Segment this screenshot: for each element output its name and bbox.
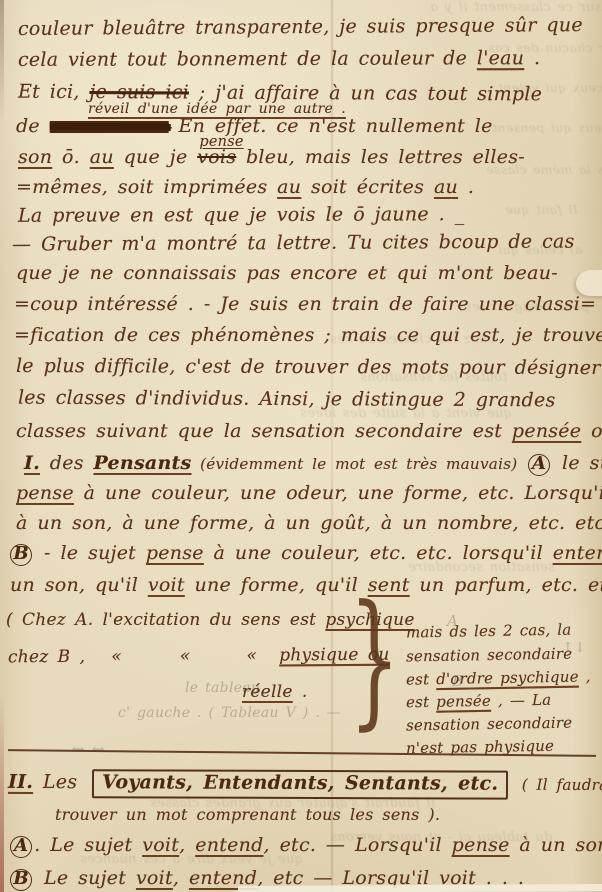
margin-note-line: sensation secondaire	[406, 645, 573, 666]
manuscript-line: chez B ,«««physique ou	[8, 645, 390, 668]
scan-edge-bottom	[238, 884, 602, 892]
text-segment: au	[434, 176, 458, 198]
text-segment: ( Il faudrait	[513, 776, 602, 794]
manuscript-line: couleur bleuâtre transparente, je suis p…	[18, 14, 583, 41]
text-segment: pensée	[512, 420, 581, 442]
text-segment: (évidemment le mot est très mauvais)	[192, 455, 527, 473]
circled-letter: B	[10, 544, 32, 566]
manuscript-line: le plus difficile, c'est de trouver des …	[16, 355, 601, 380]
text-segment: voit	[148, 574, 185, 596]
text-segment: est	[406, 693, 436, 712]
text-segment: que je ne connaissais pas encore et qui …	[16, 262, 558, 284]
text-segment: — Gruber m'a montré ta lettre. Tu cites …	[12, 231, 575, 256]
text-segment: couleur bleuâtre transparente, je suis p…	[18, 14, 583, 40]
text-segment: l'eau	[477, 47, 524, 69]
manuscript-line: les classes d'individus. Ainsi, je disti…	[18, 387, 556, 413]
text-segment: entend	[195, 834, 263, 856]
text-segment: à une couleur, etc. etc. lorsqu'il	[204, 542, 553, 564]
manuscript-line: =mêmes, soit imprimées au soit écrites a…	[16, 176, 474, 199]
text-segment: est	[406, 670, 436, 689]
manuscript-line: à un son, à une forme, à un goût, à un n…	[16, 512, 602, 535]
text-segment: classes suivant que la sensation seconda…	[16, 420, 512, 442]
text-segment: «	[246, 646, 257, 666]
text-segment: à un son, etc.	[510, 834, 602, 856]
circled-letter: B	[10, 869, 32, 891]
text-segment: à un son, à une forme, à un goût, à un n…	[16, 512, 602, 534]
curly-brace: }	[349, 586, 400, 732]
text-segment: à une couleur, une odeur, une forme, etc…	[74, 482, 602, 504]
text-segment: I.	[24, 452, 40, 474]
bleedthrough-text: sur ce classement il y a	[430, 0, 601, 15]
text-segment: son	[18, 146, 52, 168]
manuscript-line: cela vient tout bonnement de la couleur …	[18, 47, 540, 72]
circled-letter: A	[528, 454, 550, 476]
text-segment: au	[277, 176, 301, 198]
text-segment: chez B ,	[8, 647, 85, 668]
scan-edge-left	[0, 0, 4, 892]
manuscript-line: réelle .	[242, 682, 308, 702]
manuscript-line: de ——————— En effet. ce n'est nullement …	[16, 115, 493, 138]
text-segment: .	[293, 682, 308, 702]
text-segment: sensation secondaire	[406, 714, 573, 735]
manuscript-line: trouver un mot comprenant tous les sens …	[55, 805, 440, 824]
correction-stack: pensevois	[197, 146, 236, 169]
text-segment: Le sujet	[34, 867, 136, 889]
bleedthrough-text: 2° ceux qui pensent	[492, 120, 602, 135]
text-segment: trouver un mot comprenant tous les sens …	[55, 805, 440, 824]
text-segment: .	[524, 47, 540, 69]
text-segment: =fication de ces phénomènes ; mais ce qu…	[14, 324, 602, 346]
text-segment: les classes d'individus. Ainsi, je disti…	[18, 387, 556, 412]
text-segment: La preuve en est que je vois le ō jaune …	[18, 203, 465, 227]
text-segment: un parfum, etc. etc.	[410, 574, 602, 596]
text-segment: voit	[136, 867, 173, 889]
margin-note-line: est d'ordre psychique ,	[406, 667, 591, 688]
text-segment: =coup intéressé . - Je suis en train de …	[14, 293, 596, 315]
manuscript-line: son ō. au que je pensevois bleu, mais le…	[18, 146, 525, 169]
manuscript-page: sur ce classement il y apour chacun des …	[0, 0, 602, 892]
manuscript-line: II. Les Voyants, Entendants, Sentants, e…	[8, 771, 602, 796]
boxed-class-title: Voyants, Entendants, Sentants, etc.	[92, 769, 508, 799]
text-segment: voit	[142, 834, 179, 856]
text-segment: Et ici,	[18, 81, 90, 103]
text-segment: , etc. — Lorsqu'il	[263, 834, 451, 856]
text-segment: Pensants	[94, 452, 192, 474]
text-segment: un son, qu'il	[10, 574, 148, 596]
manuscript-line: A. Le sujet voit, entend, etc. — Lorsqu'…	[8, 834, 602, 858]
text-segment: =mêmes, soit imprimées	[16, 176, 277, 198]
text-segment: entend	[553, 542, 602, 564]
text-segment: pense	[452, 834, 510, 856]
text-segment: cela vient tout bonnement de la couleur …	[18, 47, 477, 71]
text-segment: ,	[173, 867, 189, 889]
text-segment: ,	[179, 834, 195, 856]
text-segment: une forme, qu'il	[185, 574, 368, 596]
manuscript-line: =fication de ces phénomènes ; mais ce qu…	[14, 324, 602, 347]
scribbled-out-word: ———————	[50, 115, 169, 137]
text-segment: soit écrites	[301, 176, 434, 198]
margin-note-line: mais ds les 2 cas, la	[406, 621, 572, 642]
margin-note-line: est pensée , — La	[406, 691, 552, 712]
bleedthrough-text: Il faut que	[505, 202, 578, 217]
text-segment: de	[16, 115, 50, 137]
text-segment: sensation secondaire	[406, 645, 573, 666]
text-segment: le sujet	[552, 452, 602, 474]
text-segment: pense	[146, 542, 204, 564]
text-segment: ō.	[52, 146, 90, 168]
text-segment: ,	[579, 667, 591, 685]
text-segment: - le sujet	[34, 542, 146, 564]
manuscript-line: classes suivant que la sensation seconda…	[16, 420, 602, 443]
circled-letter: A	[10, 836, 32, 858]
text-segment: le plus difficile, c'est de trouver des …	[16, 355, 601, 379]
manuscript-line: =coup intéressé . - Je suis en train de …	[14, 293, 596, 316]
paper-tear	[576, 270, 602, 296]
manuscript-line: un son, qu'il voit une forme, qu'il sent…	[10, 574, 602, 597]
manuscript-line: La preuve en est que je vois le ō jaune …	[18, 203, 465, 227]
text-segment: des	[40, 452, 94, 474]
text-segment: pense	[16, 482, 74, 504]
text-segment: «	[180, 646, 191, 666]
text-segment: au	[90, 146, 114, 168]
text-segment: mais ds les 2 cas, la	[406, 621, 572, 642]
text-segment: pensée	[436, 692, 491, 711]
margin-note-line: sensation secondaire	[406, 714, 573, 735]
manuscript-line: pense à une couleur, une odeur, une form…	[16, 482, 602, 505]
text-segment: .	[458, 176, 474, 198]
text-segment: . Le sujet	[34, 834, 142, 856]
inserted-word: pense	[199, 134, 243, 151]
text-segment: Les	[33, 771, 87, 793]
text-segment: bleu, mais les lettres elles-	[236, 146, 525, 168]
text-segment: , — La	[491, 691, 552, 710]
manuscript-line: B - le sujet pense à une couleur, etc. e…	[8, 542, 602, 566]
text-segment: ou	[581, 420, 602, 442]
manuscript-line: que je ne connaissais pas encore et qui …	[16, 262, 558, 285]
manuscript-line: — Gruber m'a montré ta lettre. Tu cites …	[12, 231, 575, 257]
text-segment: «	[111, 647, 122, 667]
text-segment: réelle	[242, 682, 293, 702]
text-segment: II.	[8, 771, 33, 793]
pencil-annotation: c' gauche . ( Tableau V ) . —	[118, 705, 341, 721]
manuscript-line: I. des Pensants (évidemment le mot est t…	[24, 452, 602, 476]
text-segment: d'ordre psychique	[436, 668, 579, 688]
text-segment: que je	[114, 146, 197, 168]
text-segment: ( Chez A. l'excitation du sens est	[6, 610, 325, 630]
